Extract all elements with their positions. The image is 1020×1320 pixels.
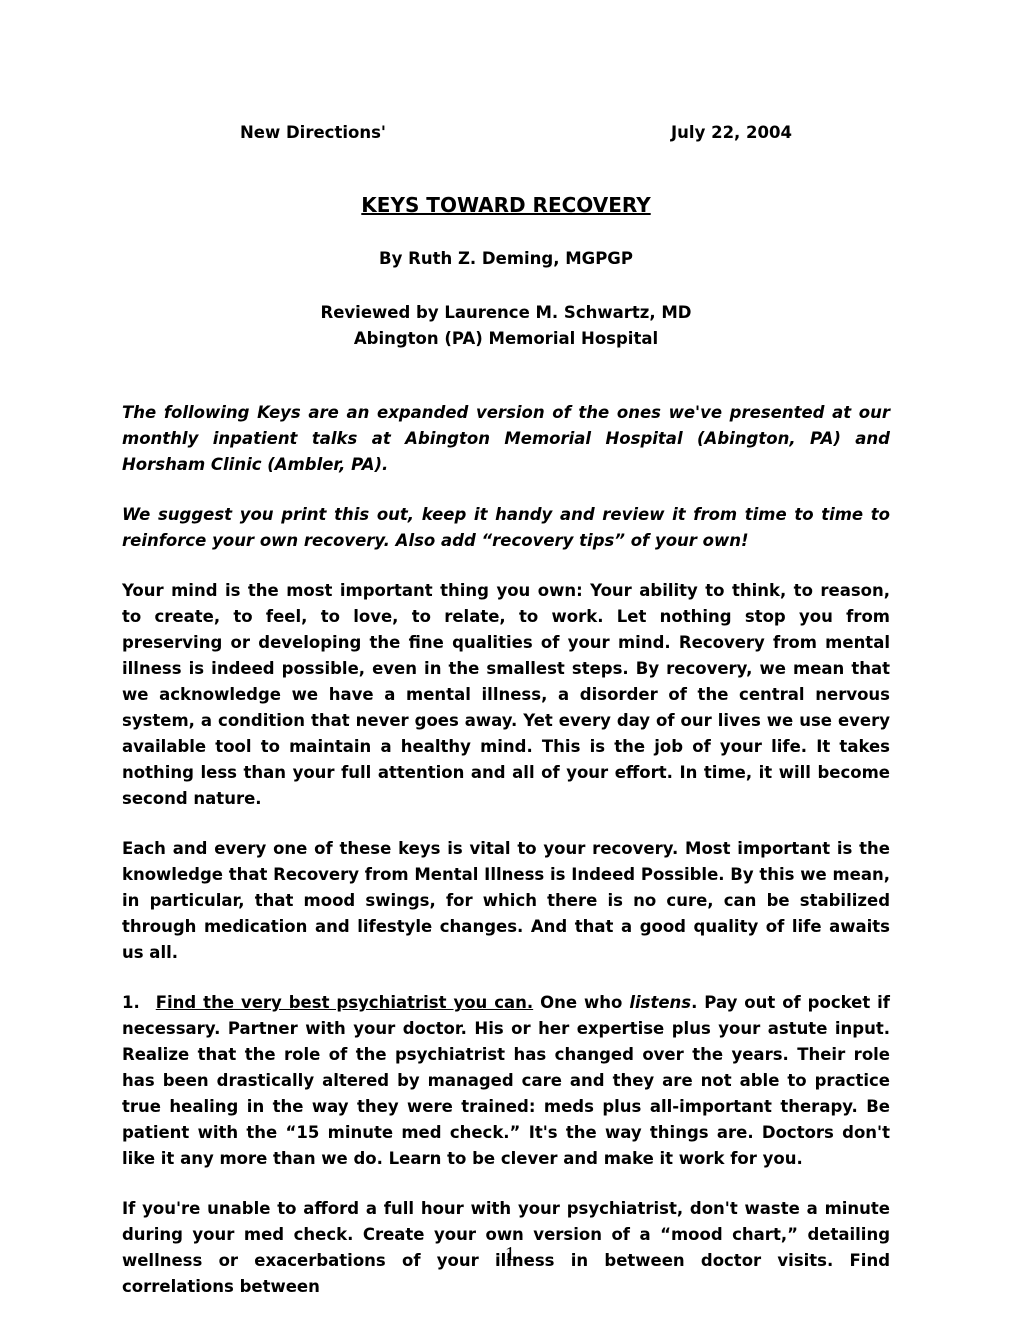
byline: By Ruth Z. Deming, MGPGP (122, 246, 890, 272)
paragraph-intro-2: We suggest you print this out, keep it h… (122, 502, 890, 554)
reviewer-name: Reviewed by Laurence M. Schwartz, MD (122, 300, 890, 326)
text-segment-italic: listens (629, 993, 691, 1012)
page-title: KEYS TOWARD RECOVERY (122, 192, 890, 218)
reviewer-block: Reviewed by Laurence M. Schwartz, MD Abi… (122, 300, 890, 352)
header-left-text: New Directions' (240, 120, 386, 146)
reviewer-hospital: Abington (PA) Memorial Hospital (122, 326, 890, 352)
paragraph-item-1: 1.Find the very best psychiatrist you ca… (122, 990, 890, 1172)
text-segment-normal: One who (533, 993, 629, 1012)
paragraph-keys-vital: Each and every one of these keys is vita… (122, 836, 890, 966)
paragraph-intro-1: The following Keys are an expanded versi… (122, 400, 890, 478)
paragraph-your-mind: Your mind is the most important thing yo… (122, 578, 890, 812)
text-segment-number: 1. (122, 993, 140, 1012)
header-date: July 22, 2004 (671, 120, 792, 146)
text-segment-normal: . Pay out of pocket if necessary. Partne… (122, 993, 890, 1168)
text-segment-underline: Find the very best psychiatrist you can. (156, 993, 533, 1012)
page-number: 1 (0, 1242, 1020, 1266)
document-page: New Directions' July 22, 2004 KEYS TOWAR… (0, 0, 1020, 1320)
document-header: New Directions' July 22, 2004 (122, 120, 890, 146)
